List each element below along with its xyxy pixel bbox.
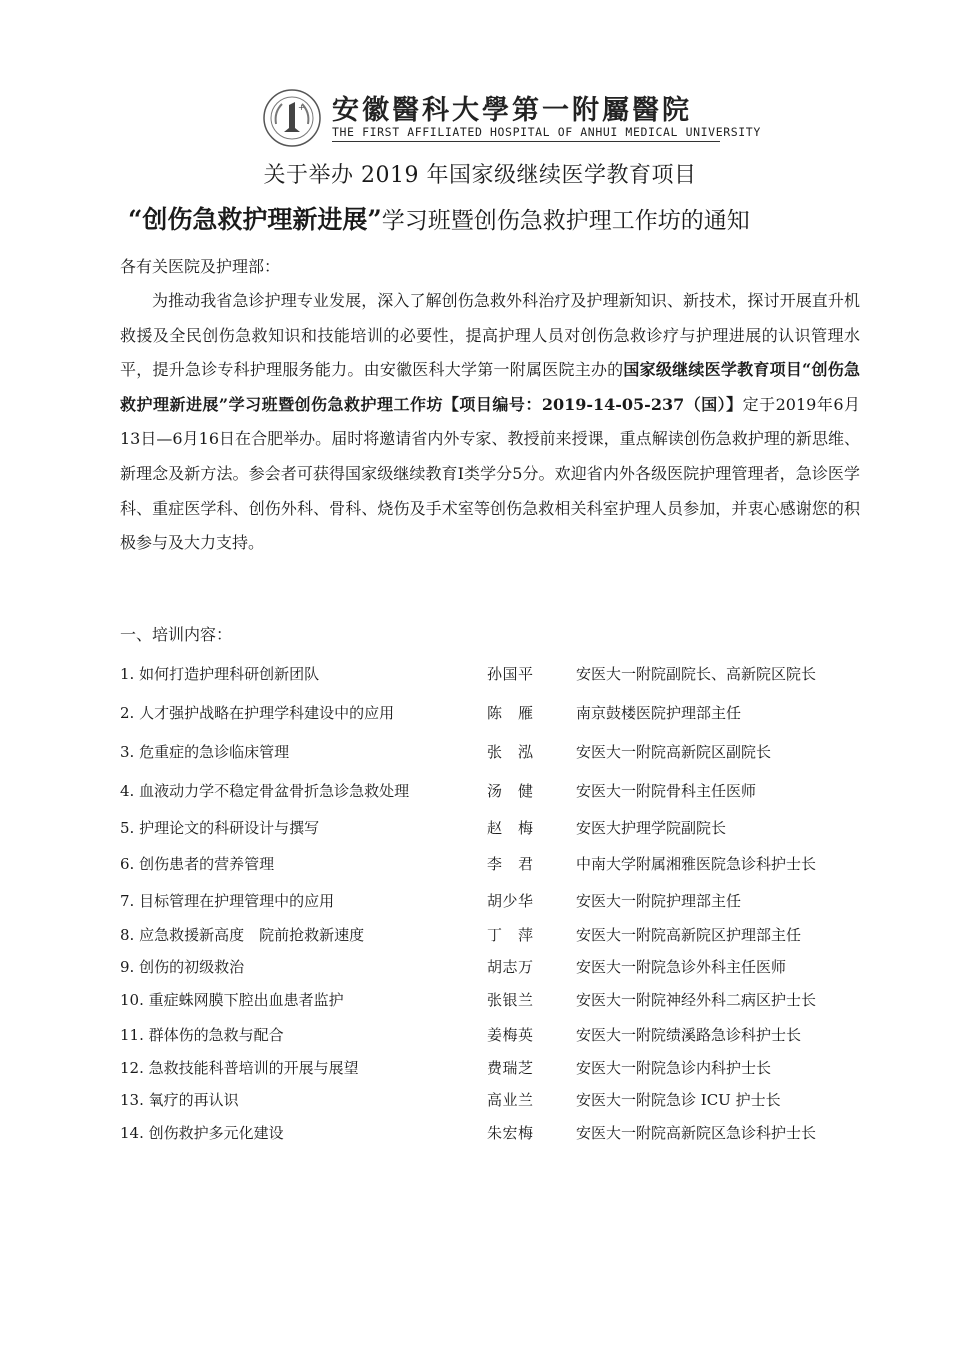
course-topic: 6. 创伤患者的营养管理 — [120, 853, 274, 874]
svg-text:+: + — [298, 103, 305, 112]
course-speaker: 陈 雁 — [487, 702, 534, 723]
course-speaker: 张银兰 — [487, 989, 534, 1010]
speaker-title: 南京鼓楼医院护理部主任 — [576, 702, 741, 723]
title-line-1: 关于举办 2019 年国家级继续医学教育项目 — [0, 158, 960, 189]
course-speaker: 胡志万 — [487, 956, 534, 977]
letterhead-rule — [332, 141, 720, 142]
speaker-title: 安医大一附院绩溪路急诊科护士长 — [576, 1024, 801, 1045]
course-topic: 3. 危重症的急诊临床管理 — [120, 741, 289, 762]
course-speaker: 高业兰 — [487, 1089, 534, 1110]
body-paragraph: 为推动我省急诊护理专业发展，深入了解创伤急救外科治疗及护理新知识、新技术，探讨开… — [120, 284, 860, 561]
speaker-title: 中南大学附属湘雅医院急诊科护士长 — [576, 853, 816, 874]
course-speaker: 孙国平 — [487, 663, 534, 684]
course-topic: 4. 血液动力学不稳定骨盆骨折急诊急救处理 — [120, 780, 409, 801]
document-page: + 安徽醫科大學第一附屬醫院 THE FIRST AFFILIATED HOSP… — [0, 0, 960, 1360]
course-topic: 8. 应急救援新高度 院前抢救新速度 — [120, 924, 364, 945]
course-topic: 7. 目标管理在护理管理中的应用 — [120, 890, 334, 911]
course-speaker: 汤 健 — [487, 780, 534, 801]
speaker-title: 安医大一附院神经外科二病区护士长 — [576, 989, 816, 1010]
course-topic: 11. 群体伤的急救与配合 — [120, 1024, 284, 1045]
project-name: “创伤急救护理新进展” — [128, 205, 382, 234]
speaker-title: 安医大一附院急诊内科护士长 — [576, 1057, 771, 1078]
speaker-title: 安医大护理学院副院长 — [576, 817, 726, 838]
speaker-title: 安医大一附院高新院区副院长 — [576, 741, 771, 762]
letterhead: + 安徽醫科大學第一附屬醫院 THE FIRST AFFILIATED HOSP… — [262, 88, 722, 148]
hospital-name-en: THE FIRST AFFILIATED HOSPITAL OF ANHUI M… — [332, 125, 761, 139]
body-part-3: 定于2019年6月13日—6月16日在合肥举办。届时将邀请省内外专家、教授前来授… — [120, 395, 860, 552]
course-speaker: 姜梅英 — [487, 1024, 534, 1045]
hospital-emblem-icon: + — [262, 88, 322, 148]
title-line-2-rest: 学习班暨创伤急救护理工作坊的通知 — [382, 208, 750, 234]
speaker-title: 安医大一附院急诊外科主任医师 — [576, 956, 786, 977]
course-topic: 2. 人才强护战略在护理学科建设中的应用 — [120, 702, 394, 723]
course-topic: 1. 如何打造护理科研创新团队 — [120, 663, 319, 684]
course-speaker: 丁 萍 — [487, 924, 534, 945]
course-speaker: 赵 梅 — [487, 817, 534, 838]
speaker-title: 安医大一附院副院长、高新院区院长 — [576, 663, 816, 684]
speaker-title: 安医大一附院骨科主任医师 — [576, 780, 756, 801]
course-topic: 9. 创伤的初级救治 — [120, 956, 244, 977]
speaker-title: 安医大一附院高新院区急诊科护士长 — [576, 1122, 816, 1143]
course-topic: 10. 重症蛛网膜下腔出血患者监护 — [120, 989, 344, 1010]
title-line-2: “创伤急救护理新进展”学习班暨创伤急救护理工作坊的通知 — [128, 200, 750, 236]
course-speaker: 费瑞芝 — [487, 1057, 534, 1078]
speaker-title: 安医大一附院高新院区护理部主任 — [576, 924, 801, 945]
course-speaker: 胡少华 — [487, 890, 534, 911]
course-topic: 14. 创伤救护多元化建设 — [120, 1122, 284, 1143]
speaker-title: 安医大一附院急诊 ICU 护士长 — [576, 1089, 781, 1110]
salutation: 各有关医院及护理部： — [120, 254, 280, 277]
course-topic: 13. 氧疗的再认识 — [120, 1089, 239, 1110]
course-topic: 5. 护理论文的科研设计与撰写 — [120, 817, 319, 838]
course-speaker: 张 泓 — [487, 741, 534, 762]
course-speaker: 李 君 — [487, 853, 534, 874]
speaker-title: 安医大一附院护理部主任 — [576, 890, 741, 911]
section-heading-training: 一、培训内容： — [120, 622, 232, 645]
course-speaker: 朱宏梅 — [487, 1122, 534, 1143]
course-topic: 12. 急救技能科普培训的开展与展望 — [120, 1057, 359, 1078]
hospital-name-cn: 安徽醫科大學第一附屬醫院 — [332, 88, 692, 127]
